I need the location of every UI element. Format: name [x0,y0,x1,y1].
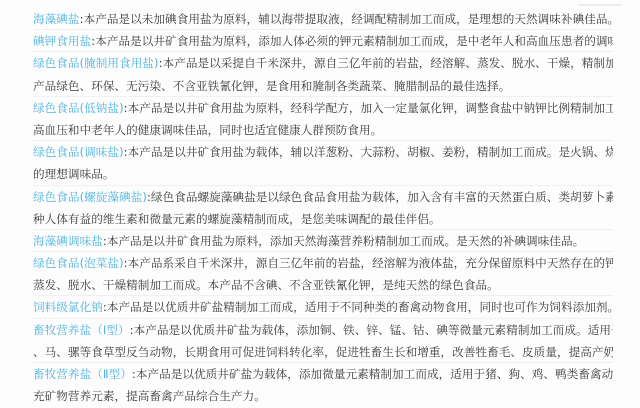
product-entry-dinayan-line-1: 绿色食品(低钠盐):本产品是以井矿食用盐为原料，经科学配方，加入一定量氯化钾，调… [33,97,613,119]
product-description: 本产品是以井矿食用盐为原料，添加天然海藻营养粉精制加工而成。是天然的补碘调味佳品… [107,234,584,248]
product-name: 绿色食品(腌制用食用盐) [33,56,159,70]
product-entry-siliaoji-lvhuana: 饲料级氯化钠:本产品是以优质井矿盐精制加工而成，适用于不同种类的畜禽动物食用，同… [33,296,613,318]
product-name: 绿色食品(泡菜盐) [33,256,124,270]
product-description: 本产品是以优质井矿盐为载体，添加微量元素精制加工而成，适用于猪、狗、鸡、鸭类畜禽… [136,367,613,381]
product-name: 绿色食品(螺旋藻碘盐) [33,190,147,204]
product-entry-yanzhi-line-2: 产品绿色、环保、无污染、不含亚铁氰化钾，是食用和腌制各类蔬菜、腌腊制品的最佳选择… [33,75,613,97]
document-page: 海藻碘盐:本产品是以未加碘食用盐为原料，辅以海带提取液，经调配精制加工而成，是理… [0,0,640,408]
product-entry-xumu-type1-line-2: 、马、骡等食草型反刍动物，长期食用可促进饲料转化率，促进牲畜生长和增重，改善牲畜… [33,341,613,363]
product-name: 碘钾食用盐 [33,34,91,48]
product-name: 畜牧营养盐（Ⅰ型） [33,323,130,337]
product-entry-luoxuanzao-line-2: 种人体有益的维生素和微量元素的螺旋藻精制而成，是您美味调配的最佳伴侣。 [33,208,613,230]
product-entry-dinayan-line-2: 高血压和中老年人的健康调味佳品，同时也适宜健康人群预防食用。 [33,119,613,141]
product-entry-tiaoweiyan-line-1: 绿色食品(调味盐):本产品是以井矿食用盐为载体，辅以洋葱粉、大蒜粉、胡椒、姜粉，… [33,141,613,163]
product-description-continued: 的理想调味品。 [33,167,115,181]
product-description-continued: 高血压和中老年人的健康调味佳品，同时也适宜健康人群预防食用。 [33,123,382,137]
product-description: 本产品是以井矿食用盐为载体，辅以洋葱粉、大蒜粉、胡椒、姜粉，精制加工而成。是火锅… [128,145,613,159]
top-decorative-bar [578,4,622,6]
product-description: 本产品是以优质井矿盐为载体，添加铜、铁、锌、锰、钴、碘等微量元素精制加工而成。适… [134,323,613,337]
product-description: 本产品是以优质井矿盐精制加工而成，适用于不同种类的畜禽动物食用，同时也可作为饲料… [107,300,613,314]
product-description: 本产品系采自千米深井，源自三亿年前的岩盐，经溶解为液体盐，充分保留原料中天然存在… [128,256,613,270]
product-description: 本产品是以井矿食用盐为原料，经科学配方，加入一定量氯化钾，调整食盐中钠钾比例精制… [128,101,613,115]
product-entry-haizao-tiaoweiyan: 海藻碘调味盐:本产品是以井矿食用盐为原料，添加天然海藻营养粉精制加工而成。是天然… [33,230,613,252]
product-description-continued: 产品绿色、环保、无污染、不含亚铁氰化钾，是食用和腌制各类蔬菜、腌腊制品的最佳选择… [33,79,510,93]
product-description: 本产品是以井矿食用盐为原料，添加人体必须的钾元素精制加工而成，是中老年人和高血压… [95,34,613,48]
product-description: 本产品是以采提自千米深井，源自三亿年前的岩盐，经溶解、蒸发、脱水、干燥，精制加工… [163,56,613,70]
product-entry-paocaiyan-line-1: 绿色食品(泡菜盐):本产品系采自千米深井，源自三亿年前的岩盐，经溶解为液体盐，充… [33,252,613,274]
product-entry-paocaiyan-line-2: 蒸发、脱水、干燥精制加工而成。本产品不含碘、不含亚铁氰化钾，是纯天然的绿色食品。 [33,274,613,296]
product-name: 绿色食品(调味盐) [33,145,124,159]
product-entry-xumu-type2-line-2: 充矿物营养元素，提高畜禽产品综合生产力。 [33,385,613,407]
product-entry-haizao-diany: 海藻碘盐:本产品是以未加碘食用盐为原料，辅以海带提取液，经调配精制加工而成，是理… [33,8,613,30]
product-name: 饲料级氯化钠 [33,300,103,314]
product-description: 绿色食品螺旋藻碘盐是以绿色食品食用盐为载体，加入含有丰富的天然蛋白质、类胡萝卜素… [151,190,613,204]
product-list: 海藻碘盐:本产品是以未加碘食用盐为原料，辅以海带提取液，经调配精制加工而成，是理… [33,8,613,407]
product-description-continued: 、马、骡等食草型反刍动物，长期食用可促进饲料转化率，促进牲畜生长和增重，改善牲畜… [33,345,613,359]
product-entry-xumu-type1-line-1: 畜牧营养盐（Ⅰ型）:本产品是以优质井矿盐为载体，添加铜、铁、锌、锰、钴、碘等微量… [33,319,613,341]
product-name: 绿色食品(低钠盐) [33,101,124,115]
product-entry-tiaoweiyan-line-2: 的理想调味品。 [33,163,613,185]
product-entry-yanzhi-line-1: 绿色食品(腌制用食用盐):本产品是以采提自千米深井，源自三亿年前的岩盐，经溶解、… [33,52,613,74]
product-name: 海藻碘调味盐 [33,234,103,248]
product-entry-luoxuanzao-line-1: 绿色食品(螺旋藻碘盐):绿色食品螺旋藻碘盐是以绿色食品食用盐为载体，加入含有丰富… [33,186,613,208]
product-name: 海藻碘盐 [33,12,80,26]
product-entry-dianjia-shiyongyan: 碘钾食用盐:本产品是以井矿食用盐为原料，添加人体必须的钾元素精制加工而成，是中老… [33,30,613,52]
product-name: 畜牧营养盐（Ⅱ型） [33,367,132,381]
product-description: 本产品是以未加碘食用盐为原料，辅以海带提取液，经调配精制加工而成，是理想的天然调… [84,12,613,26]
product-description-continued: 充矿物营养元素，提高畜禽产品综合生产力。 [33,389,266,403]
product-entry-xumu-type2-line-1: 畜牧营养盐（Ⅱ型）:本产品是以优质井矿盐为载体，添加微量元素精制加工而成，适用于… [33,363,613,385]
product-description-continued: 蒸发、脱水、干燥精制加工而成。本产品不含碘、不含亚铁氰化钾，是纯天然的绿色食品。 [33,278,499,292]
product-description-continued: 种人体有益的维生素和微量元素的螺旋藻精制而成，是您美味调配的最佳伴侣。 [33,212,441,226]
